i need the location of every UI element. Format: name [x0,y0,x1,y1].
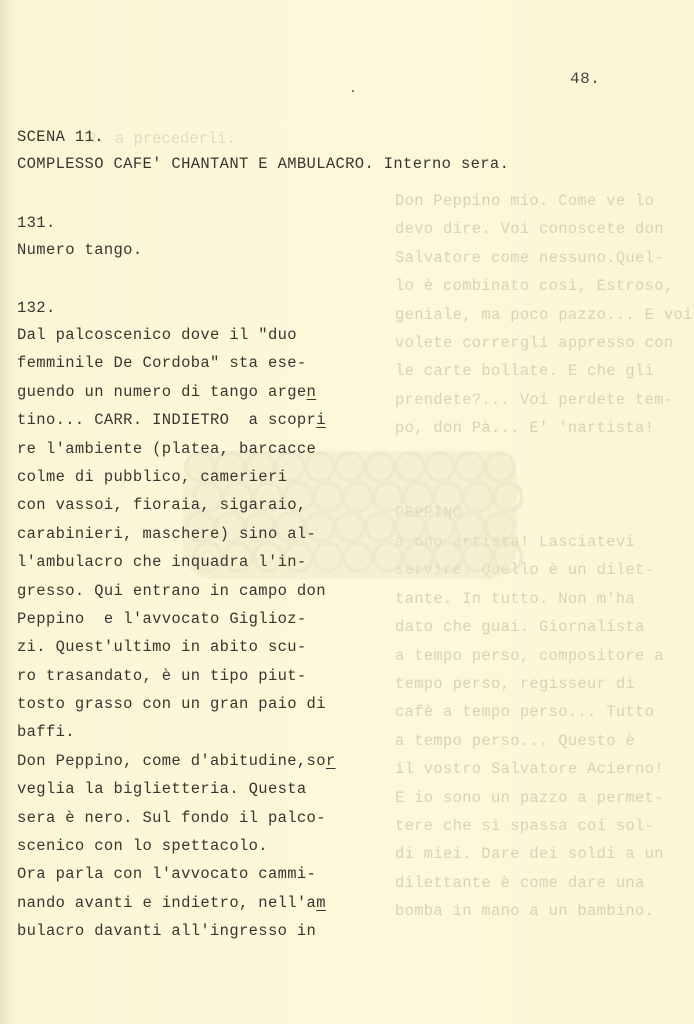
shot-number: 132. [17,299,56,317]
text-line: Dal palcoscenico dove il "duo [17,321,377,349]
text-line: ro trasandato, è un tipo piut- [17,662,377,690]
scene-location: COMPLESSO CAFE' CHANTANT E AMBULACRO. In… [17,155,509,173]
text-line: guendo un numero di tango argen [17,378,377,406]
text-line: sera è nero. Sul fondo il palco- [17,804,377,832]
text-line: carabinieri, maschere) sino al- [17,520,377,548]
text-line: scenico con lo spettacolo. [17,832,377,860]
shot-description: Numero tango. [17,241,142,259]
text-line: veglia la biglietteria. Questa [17,775,377,803]
text-line: Ora parla con l'avvocato cammi- [17,860,377,888]
shot-number: 131. [17,214,56,232]
page-number: 48. [570,70,600,88]
text-line: Don Peppino, come d'abitudine,sor [17,747,377,775]
text-line: tosto grasso con un gran paio di [17,690,377,718]
text-line: zi. Quest'ultimo in abito scu- [17,633,377,661]
text-line: femminile De Cordoba" sta ese- [17,349,377,377]
text-line: Peppino e l'avvocato Giglioz- [17,605,377,633]
text-line: re l'ambiente (platea, barcacce [17,435,377,463]
shot-description: Dal palcoscenico dove il "duofemminile D… [17,321,377,946]
bleed-through-fragment: R. a precederli. [87,130,236,148]
text-line: colme di pubblico, camerieri [17,463,377,491]
text-line: gresso. Qui entrano in campo don [17,577,377,605]
typewritten-page: R. a precederli. Don Peppino mio. Come v… [0,0,694,1024]
scene-label: SCENA 11. [17,128,104,146]
text-line: con vassoi, fioraia, sigaraio, [17,491,377,519]
ink-speck [352,90,354,92]
text-line: tino... CARR. INDIETRO a scopri [17,406,377,434]
text-line: nando avanti e indietro, nell'am [17,889,377,917]
text-line: bulacro davanti all'ingresso in [17,917,377,945]
text-line: l'ambulacro che inquadra l'in- [17,548,377,576]
text-line: baffi. [17,718,377,746]
